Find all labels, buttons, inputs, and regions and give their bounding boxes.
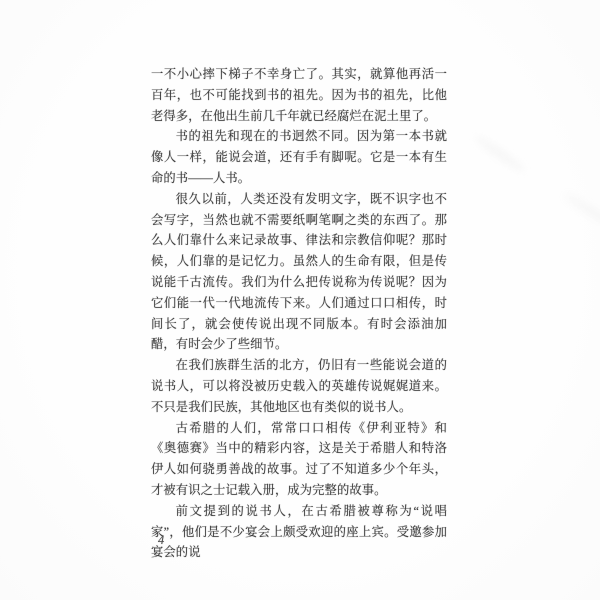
paragraph: 书的祖先和现在的书迥然不同。因为第一本书就像人一样，能说会道，还有手有脚呢。它是… xyxy=(151,126,447,188)
paragraph: 在我们族群生活的北方，仍旧有一些能说会道的说书人，可以将没被历史载入的英雄传说娓… xyxy=(151,355,447,417)
paragraph: 古希腊的人们，常常口口相传《伊利亚特》和《奥德赛》当中的精彩内容，这是关于希腊人… xyxy=(151,418,447,501)
paragraph: 前文提到的说书人，在古希腊被尊称为“说唱家”，他们是不少宴会上颇受欢迎的座上宾。… xyxy=(151,501,447,563)
book-page-scan: 一不小心摔下梯子不幸身亡了。其实，就算他再活一百年，也不可能找到书的祖先。因为书… xyxy=(0,0,600,600)
scan-smudge xyxy=(563,192,600,235)
text-block: 一不小心摔下梯子不幸身亡了。其实，就算他再活一百年，也不可能找到书的祖先。因为书… xyxy=(151,64,447,563)
page-number: 4 xyxy=(158,533,164,548)
scan-smudge xyxy=(473,134,527,175)
paragraph: 很久以前，人类还没有发明文字，既不识字也不会写字，当然也就不需要纸啊笔啊之类的东… xyxy=(151,189,447,355)
paragraph: 一不小心摔下梯子不幸身亡了。其实，就算他再活一百年，也不可能找到书的祖先。因为书… xyxy=(151,64,447,126)
